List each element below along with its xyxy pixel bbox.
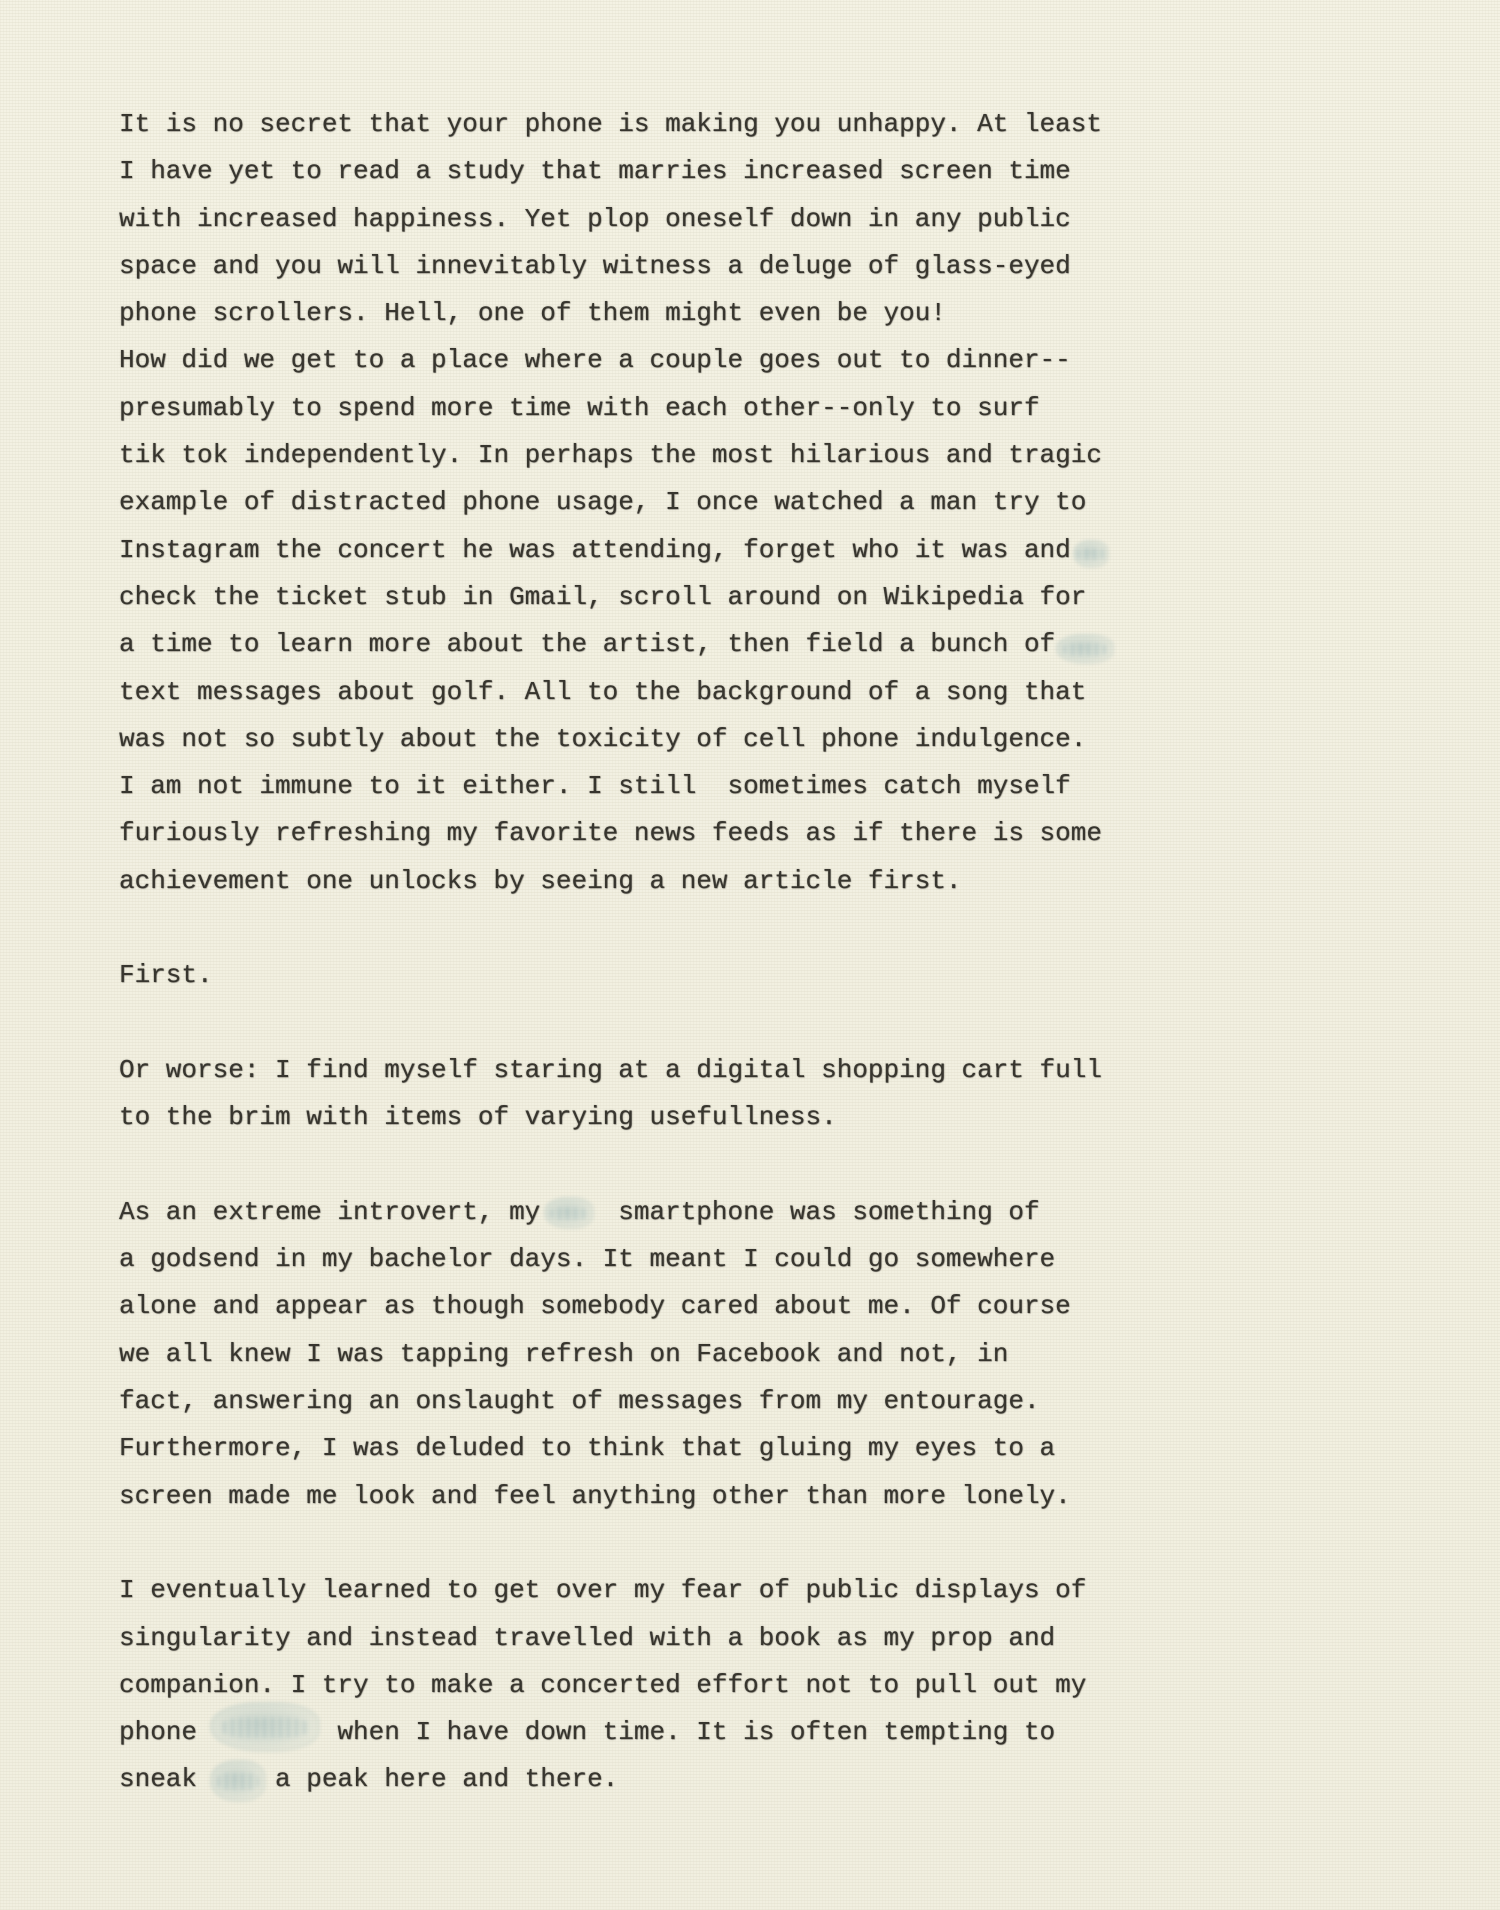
text-line: with increased happiness. Yet plop onese… — [119, 196, 1102, 243]
text-line: was not so subtly about the toxicity of … — [119, 716, 1102, 763]
whiteout-smudge-after-of — [1056, 634, 1114, 664]
text-line: It is no secret that your phone is makin… — [119, 101, 1102, 148]
text-line: I eventually learned to get over my fear… — [119, 1567, 1102, 1614]
text-line: a godsend in my bachelor days. It meant … — [119, 1236, 1102, 1283]
text-line: achievement one unlocks by seeing a new … — [119, 858, 1102, 905]
text-line: alone and appear as though somebody care… — [119, 1283, 1102, 1330]
text-line: phone scrollers. Hell, one of them might… — [119, 290, 1102, 337]
text-line: space and you will innevitably witness a… — [119, 243, 1102, 290]
text-line: furiously refreshing my favorite news fe… — [119, 810, 1102, 857]
text-line: check the ticket stub in Gmail, scroll a… — [119, 574, 1102, 621]
paragraph: It is no secret that your phone is makin… — [119, 101, 1102, 905]
text-line: I am not immune to it either. I still so… — [119, 763, 1102, 810]
text-line: we all knew I was tapping refresh on Fac… — [119, 1331, 1102, 1378]
whiteout-smudge-after-and — [1073, 540, 1109, 568]
whiteout-smudge-after-phone — [210, 1702, 320, 1752]
text-line: screen made me look and feel anything ot… — [119, 1473, 1102, 1520]
text-line: to the brim with items of varying useful… — [119, 1094, 1102, 1141]
text-line: example of distracted phone usage, I onc… — [119, 479, 1102, 526]
text-line: a time to learn more about the artist, t… — [119, 621, 1102, 668]
typed-text-block: It is no secret that your phone is makin… — [119, 101, 1102, 1851]
text-line: Furthermore, I was deluded to think that… — [119, 1425, 1102, 1472]
text-line: text messages about golf. All to the bac… — [119, 669, 1102, 716]
whiteout-smudge-after-sneak — [210, 1760, 266, 1802]
text-line: singularity and instead travelled with a… — [119, 1615, 1102, 1662]
text-line: presumably to spend more time with each … — [119, 385, 1102, 432]
text-line: I have yet to read a study that marries … — [119, 148, 1102, 195]
text-line: As an extreme introvert, my smartphone w… — [119, 1189, 1102, 1236]
text-line: sneak a peak here and there. — [119, 1756, 1102, 1803]
typewritten-page: It is no secret that your phone is makin… — [0, 0, 1500, 1910]
whiteout-smudge-after-my — [544, 1197, 594, 1229]
text-line: Instagram the concert he was attending, … — [119, 527, 1102, 574]
paragraph: First. — [119, 952, 1102, 999]
text-line: How did we get to a place where a couple… — [119, 337, 1102, 384]
paragraph: Or worse: I find myself staring at a dig… — [119, 1047, 1102, 1142]
text-line: fact, answering an onslaught of messages… — [119, 1378, 1102, 1425]
text-line: First. — [119, 952, 1102, 999]
text-line: Or worse: I find myself staring at a dig… — [119, 1047, 1102, 1094]
paragraph: As an extreme introvert, my smartphone w… — [119, 1189, 1102, 1520]
text-line: tik tok independently. In perhaps the mo… — [119, 432, 1102, 479]
paragraph: I eventually learned to get over my fear… — [119, 1567, 1102, 1803]
